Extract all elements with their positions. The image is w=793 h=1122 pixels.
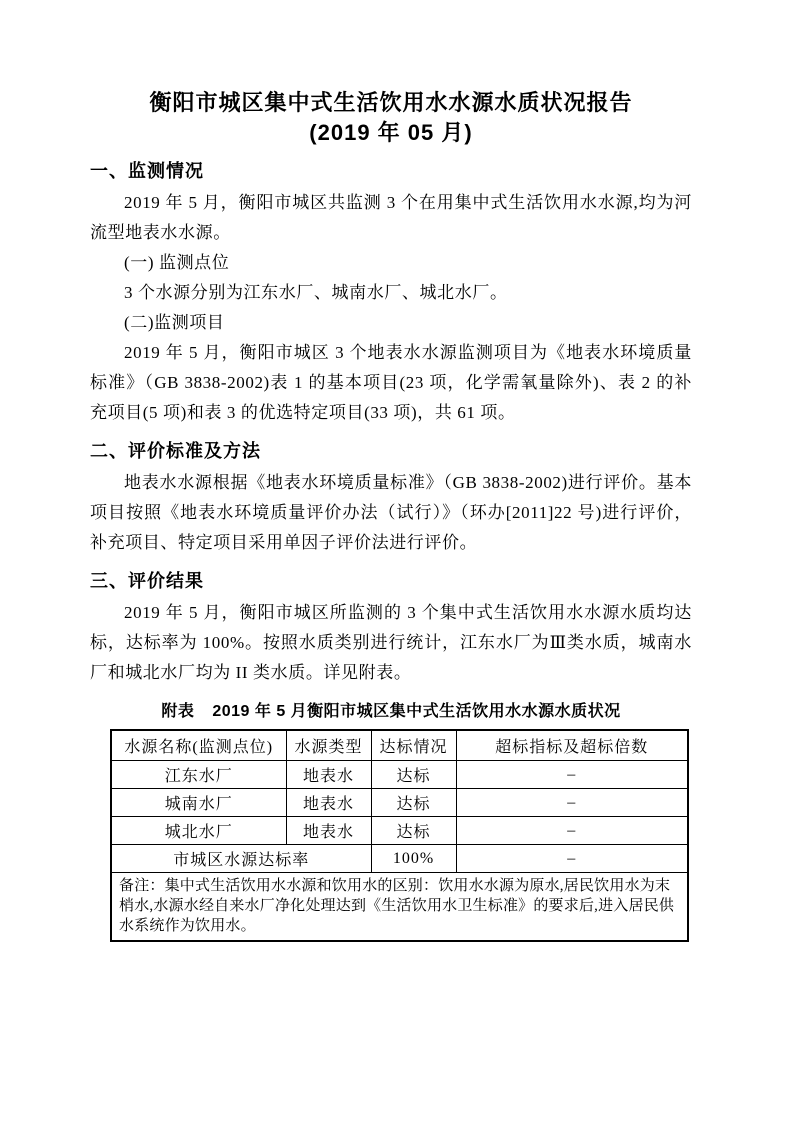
note-text: 集中式生活饮用水水源和饮用水的区别：饮用水水源为原水,居民饮用水为末梢水,水源水…: [119, 878, 674, 934]
report-title: 衡阳市城区集中式生活饮用水水源水质状况报告: [90, 88, 692, 118]
cell-exceedance: –: [456, 817, 688, 845]
water-quality-table: 水源名称(监测点位) 水源类型 达标情况 超标指标及超标倍数 江东水厂 地表水 …: [110, 729, 689, 942]
cell-compliance: 达标: [371, 817, 456, 845]
column-header-compliance: 达标情况: [371, 730, 456, 761]
cell-source-type: 地表水: [286, 817, 371, 845]
cell-exceedance: –: [456, 761, 688, 789]
table-row-jiangdong: 江东水厂 地表水 达标 –: [111, 761, 688, 789]
cell-rate-label: 市城区水源达标率: [111, 845, 371, 873]
cell-source-name: 城南水厂: [111, 789, 286, 817]
column-header-source-name: 水源名称(监测点位): [111, 730, 286, 761]
cell-compliance: 达标: [371, 761, 456, 789]
subheading-monitoring-items: (二)监测项目: [90, 308, 692, 338]
table-row-note: 备注：集中式生活饮用水水源和饮用水的区别：饮用水水源为原水,居民饮用水为末梢水,…: [111, 873, 688, 942]
table-caption: 附表2019 年 5 月衡阳市城区集中式生活饮用水水源水质状况: [90, 700, 692, 724]
section-monitoring: 一、监测情况 2019 年 5 月，衡阳市城区共监测 3 个在用集中式生活饮用水…: [90, 159, 692, 428]
table-header-row: 水源名称(监测点位) 水源类型 达标情况 超标指标及超标倍数: [111, 730, 688, 761]
section-heading-standards: 二、评价标准及方法: [90, 439, 692, 463]
note-label: 备注：: [119, 878, 165, 894]
section-heading-results: 三、评价结果: [90, 569, 692, 593]
section-standards: 二、评价标准及方法 地表水水源根据《地表水环境质量标准》（GB 3838-200…: [90, 439, 692, 558]
cell-source-type: 地表水: [286, 761, 371, 789]
document-page: 衡阳市城区集中式生活饮用水水源水质状况报告 (2019 年 05 月) 一、监测…: [0, 0, 793, 1122]
section-heading-monitoring: 一、监测情况: [90, 159, 692, 183]
table-caption-label: 附表: [161, 703, 194, 720]
note-cell: 备注：集中式生活饮用水水源和饮用水的区别：饮用水水源为原水,居民饮用水为末梢水,…: [111, 873, 688, 942]
cell-source-name: 城北水厂: [111, 817, 286, 845]
table-row-chengnan: 城南水厂 地表水 达标 –: [111, 789, 688, 817]
paragraph-monitoring-overview: 2019 年 5 月，衡阳市城区共监测 3 个在用集中式生活饮用水水源,均为河流…: [90, 188, 692, 248]
subheading-monitoring-points: (一) 监测点位: [90, 248, 692, 278]
paragraph-monitoring-items: 2019 年 5 月，衡阳市城区 3 个地表水水源监测项目为《地表水环境质量标准…: [90, 338, 692, 428]
section-results: 三、评价结果 2019 年 5 月，衡阳市城区所监测的 3 个集中式生活饮用水水…: [90, 569, 692, 688]
column-header-source-type: 水源类型: [286, 730, 371, 761]
cell-exceedance: –: [456, 789, 688, 817]
paragraph-standards: 地表水水源根据《地表水环境质量标准》（GB 3838-2002)进行评价。基本项…: [90, 468, 692, 558]
cell-rate-exceedance: –: [456, 845, 688, 873]
cell-source-type: 地表水: [286, 789, 371, 817]
cell-compliance: 达标: [371, 789, 456, 817]
table-row-chengbei: 城北水厂 地表水 达标 –: [111, 817, 688, 845]
paragraph-source-list: 3 个水源分别为江东水厂、城南水厂、城北水厂。: [90, 278, 692, 308]
column-header-exceedance: 超标指标及超标倍数: [456, 730, 688, 761]
paragraph-results: 2019 年 5 月，衡阳市城区所监测的 3 个集中式生活饮用水水源水质均达标，…: [90, 598, 692, 688]
table-caption-title: 2019 年 5 月衡阳市城区集中式生活饮用水水源水质状况: [212, 703, 620, 720]
report-subtitle: (2019 年 05 月): [90, 118, 692, 148]
table-row-compliance-rate: 市城区水源达标率 100% –: [111, 845, 688, 873]
cell-rate-value: 100%: [371, 845, 456, 873]
cell-source-name: 江东水厂: [111, 761, 286, 789]
